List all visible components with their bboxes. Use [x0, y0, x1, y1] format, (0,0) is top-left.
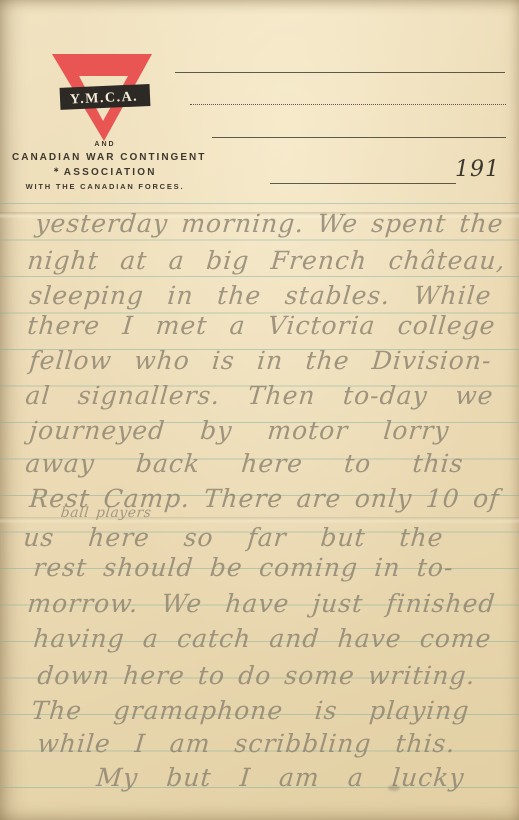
- ink-smudge: [388, 785, 400, 791]
- header-rule-1: [175, 72, 505, 73]
- handwritten-line: yesterday morning. We spent the: [34, 209, 505, 241]
- handwritten-line: there I met a Victoria college: [26, 311, 497, 343]
- ymca-label: Y.M.C.A.: [70, 89, 139, 107]
- letter-page: Y.M.C.A. AND CANADIAN WAR CONTINGENT ∗ A…: [0, 0, 519, 820]
- handwritten-line: My but I am a lucky: [95, 763, 466, 795]
- handwritten-line: al signallers. Then to-day we: [24, 381, 495, 413]
- printers-mark-icon: ∗: [53, 167, 59, 174]
- date-rule: [270, 183, 456, 184]
- letterhead-text-block: AND CANADIAN WAR CONTINGENT ∗ ASSOCIATIO…: [12, 141, 198, 191]
- handwritten-line: journeyed by motor lorry: [28, 416, 451, 448]
- handwritten-line: us here so far but the: [22, 523, 445, 555]
- letterhead-association-label: ASSOCIATION: [64, 167, 157, 178]
- letterhead-org-line2: ∗ ASSOCIATION: [12, 166, 198, 178]
- ymca-triangle-icon: Y.M.C.A.: [45, 48, 160, 148]
- year-prefix: 191: [455, 157, 500, 182]
- handwritten-line: while I am scribbling this.: [36, 729, 457, 761]
- header-rule-3: [212, 137, 506, 138]
- handwritten-line: down here to do some writing.: [36, 661, 477, 693]
- handwritten-insertion: ball players: [60, 506, 181, 522]
- letterhead-org-line3: WITH THE CANADIAN FORCES.: [12, 182, 198, 191]
- handwritten-line: having a catch and have come: [32, 624, 493, 656]
- handwritten-line: The gramaphone is playing: [30, 696, 471, 728]
- handwritten-line: rest should be coming in to-: [32, 553, 455, 585]
- handwritten-line: away back here to this: [24, 449, 465, 481]
- letterhead-and-label: AND: [12, 141, 198, 148]
- handwritten-line: sleeping in the stables. While: [28, 281, 493, 313]
- header-rule-2: [190, 104, 506, 105]
- handwritten-line: fellow who is in the Division-: [28, 346, 493, 378]
- handwritten-line: night at a big French château,: [26, 246, 507, 278]
- handwritten-line: morrow. We have just finished: [26, 589, 497, 621]
- letterhead-org-line1: CANADIAN WAR CONTINGENT: [12, 152, 198, 163]
